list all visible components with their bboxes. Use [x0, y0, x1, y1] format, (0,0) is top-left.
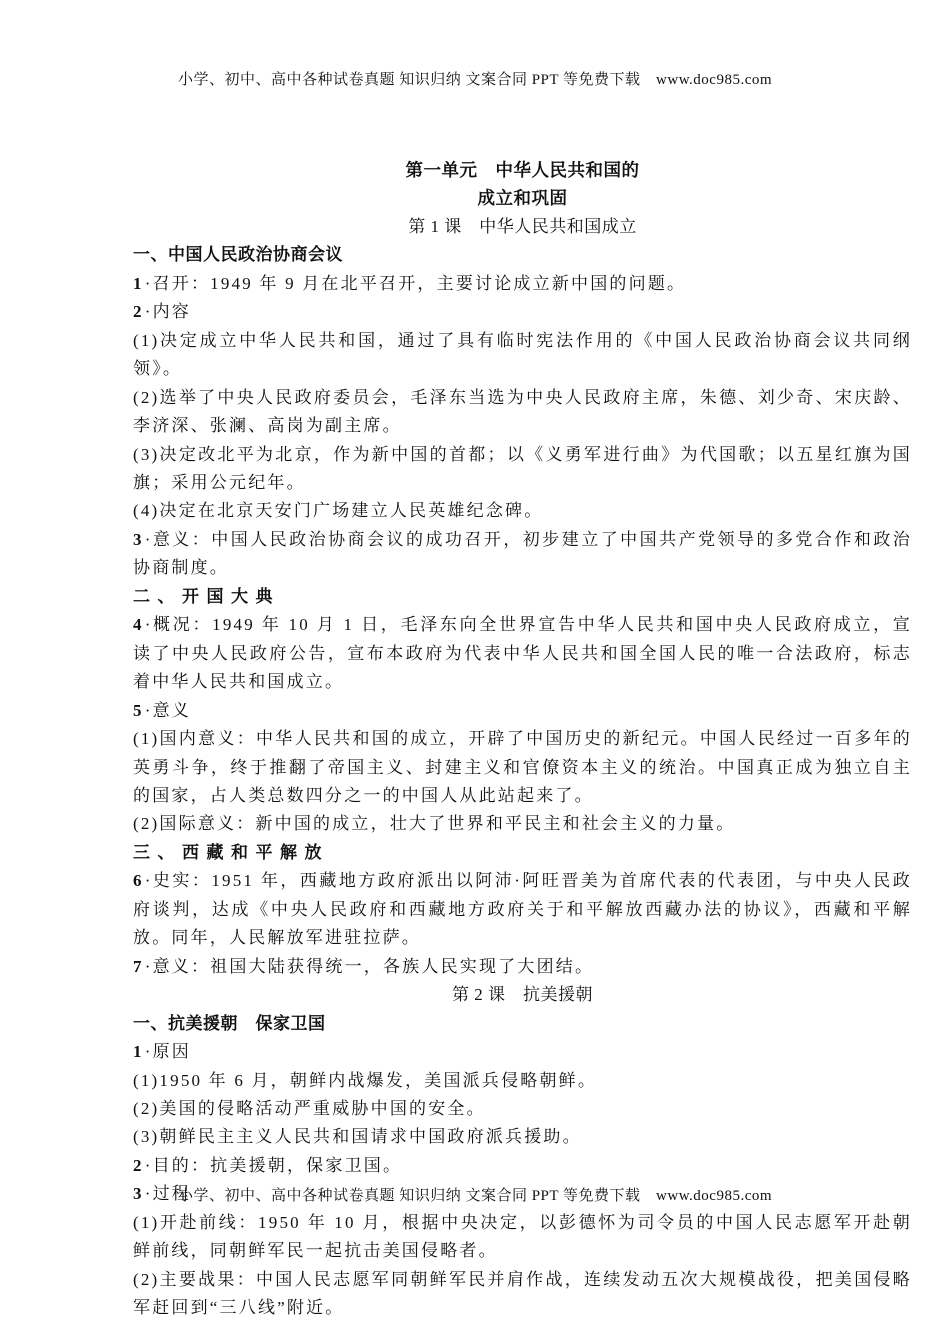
paragraph: (1)1950 年 6 月，朝鲜内战爆发，美国派兵侵略朝鲜。	[133, 1067, 912, 1095]
item-number: 6	[133, 871, 144, 890]
page-footer: 小学、初中、高中各种试卷真题 知识归纳 文案合同 PPT 等免费下载 www.d…	[0, 1184, 950, 1208]
item-number: 1	[133, 274, 144, 293]
numbered-item: 5·意义	[133, 697, 912, 725]
paragraph: (2)国际意义：新中国的成立，壮大了世界和平民主和社会主义的力量。	[133, 810, 912, 838]
numbered-item: 2·目的：抗美援朝，保家卫国。	[133, 1152, 912, 1180]
item-number: 2	[133, 1156, 144, 1175]
numbered-item: 7·意义：祖国大陆获得统一，各族人民实现了大团结。	[133, 953, 912, 981]
section-heading: 一、中国人民政治协商会议	[133, 241, 912, 269]
paragraph: (2)选举了中央人民政府委员会，毛泽东当选为中央人民政府主席，朱德、刘少奇、宋庆…	[133, 384, 912, 441]
paragraph: (1)国内意义：中华人民共和国的成立，开辟了中国历史的新纪元。中国人民经过一百多…	[133, 725, 912, 810]
paragraph: (1)决定成立中华人民共和国，通过了具有临时宪法作用的《中国人民政治协商会议共同…	[133, 327, 912, 384]
paragraph: (2)美国的侵略活动严重威胁中国的安全。	[133, 1095, 912, 1123]
page-header: 小学、初中、高中各种试卷真题 知识归纳 文案合同 PPT 等免费下载 www.d…	[0, 68, 950, 92]
paragraph: (4)决定在北京天安门广场建立人民英雄纪念碑。	[133, 497, 912, 525]
item-number: 1	[133, 1042, 144, 1061]
unit-title-line: 第一单元 中华人民共和国的	[133, 156, 912, 184]
numbered-item: 4·概况：1949 年 10 月 1 日，毛泽东向全世界宣告中华人民共和国中央人…	[133, 611, 912, 696]
item-number: 3	[133, 530, 144, 549]
item-number: 7	[133, 957, 144, 976]
numbered-item: 1·原因	[133, 1038, 912, 1066]
item-number: 5	[133, 701, 144, 720]
numbered-item: 2·内容	[133, 298, 912, 326]
numbered-item: 6·史实：1951 年，西藏地方政府派出以阿沛·阿旺晋美为首席代表的代表团，与中…	[133, 867, 912, 952]
paragraph: (2)主要战果：中国人民志愿军同朝鲜军民并肩作战，连续发动五次大规模战役，把美国…	[133, 1266, 912, 1323]
paragraph: (3)朝鲜民主主义人民共和国请求中国政府派兵援助。	[133, 1123, 912, 1151]
document-body: 第一单元 中华人民共和国的成立和巩固第 1 课 中华人民共和国成立一、中国人民政…	[133, 156, 912, 1323]
document-page: { "colors": { "text": "#111111", "backgr…	[0, 0, 950, 1344]
paragraph: (3)决定改北平为北京，作为新中国的首都；以《义勇军进行曲》为代国歌；以五星红旗…	[133, 441, 912, 498]
course-title: 第 2 课 抗美援朝	[133, 981, 912, 1009]
numbered-item: 3·意义：中国人民政治协商会议的成功召开，初步建立了中国共产党领导的多党合作和政…	[133, 526, 912, 583]
paragraph: (1)开赴前线：1950 年 10 月，根据中央决定，以彭德怀为司令员的中国人民…	[133, 1209, 912, 1266]
numbered-item: 1·召开：1949 年 9 月在北平召开，主要讨论成立新中国的问题。	[133, 270, 912, 298]
section-heading: 二、开国大典	[133, 583, 912, 611]
section-heading: 一、抗美援朝 保家卫国	[133, 1010, 912, 1038]
section-heading: 三、西藏和平解放	[133, 839, 912, 867]
unit-title-line: 成立和巩固	[133, 184, 912, 212]
item-number: 2	[133, 302, 144, 321]
course-title: 第 1 课 中华人民共和国成立	[133, 213, 912, 241]
item-number: 4	[133, 615, 144, 634]
